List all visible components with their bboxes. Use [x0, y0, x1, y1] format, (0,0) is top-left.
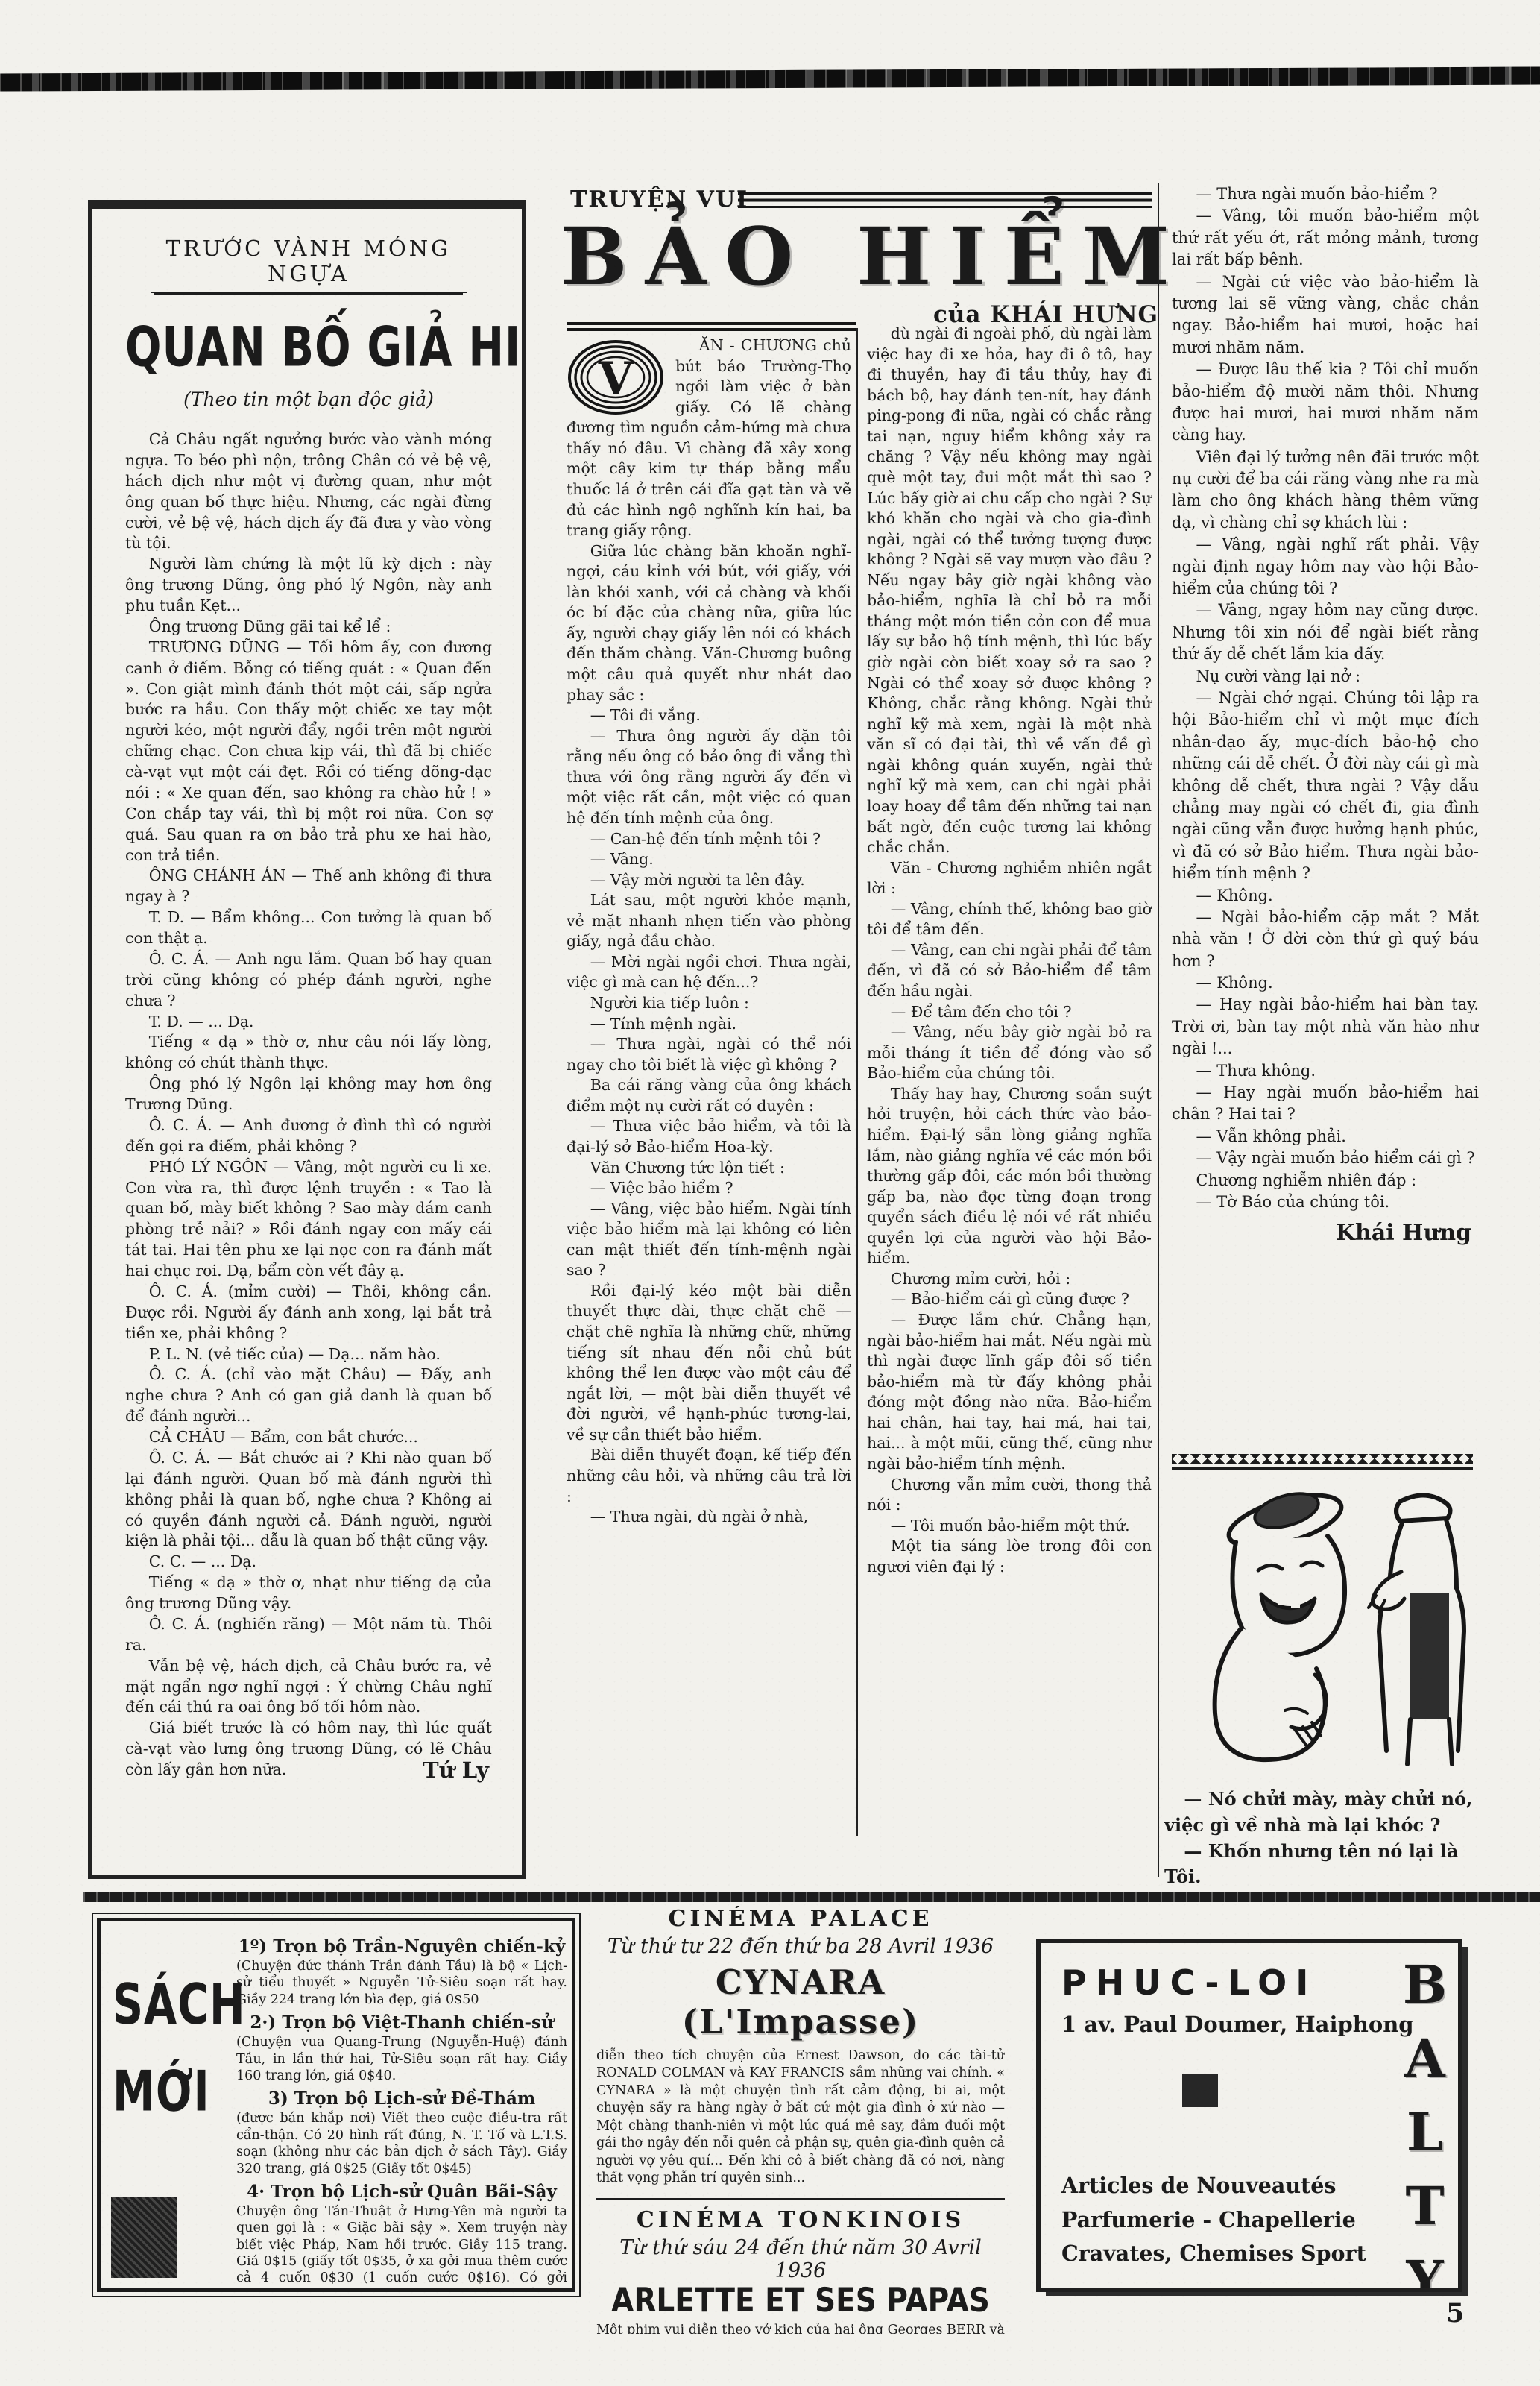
paragraph: — Thưa ông người ấy dặn tôi rằng nếu ông… [567, 726, 851, 829]
paragraph: Ông trương Dũng gãi tai kể lể : [125, 617, 492, 638]
cinema-tonkinois-name: CINÉMA TONKINOIS [596, 2207, 1005, 2233]
paragraph: Chương vẫn mỉm cười, thong thả nói : [867, 1475, 1152, 1516]
column-divider-1 [856, 328, 858, 1836]
cinema-palace-name: CINÉMA PALACE [596, 1906, 1005, 1932]
paragraph: Ô. C. Á. — Bắt chước ai ? Khi nào quan b… [125, 1448, 492, 1552]
paragraph: — Vâng, tôi muốn bảo-hiểm một thứ rất yế… [1172, 205, 1479, 271]
paragraph: TRƯƠNG DŨNG — Tối hôm ấy, con đương canh… [125, 638, 492, 866]
paragraph: Thấy hay hay, Chương soắn suýt hỏi truyệ… [867, 1084, 1152, 1269]
paragraph: Tiếng « dạ » thờ ơ, nhạt như tiếng dạ củ… [125, 1573, 492, 1614]
paragraph: — Vâng, chính thế, không bao giờ tôi để … [867, 899, 1152, 940]
paragraph: Giữa lúc chàng băn khoăn nghĩ-ngợi, cáu … [567, 541, 851, 706]
cinema-tonkinois-film-title: ARLETTE ET SES PAPAS [596, 2281, 1005, 2320]
books-ad-label-line2: MỚI [113, 2049, 229, 2136]
top-ink-band [0, 66, 1540, 91]
paragraph: — Ngài chớ ngại. Chúng tôi lập ra hội Bả… [1172, 687, 1479, 885]
paragraph: — Vâng, ngay hôm nay cũng được. Nhưng tô… [1172, 599, 1479, 665]
phuc-loi-name: PHUC-LOI [1061, 1962, 1440, 2003]
paragraph: C. C. — ... Dạ. [125, 1552, 492, 1573]
paragraph: Ba cái răng vàng của ông khách điểm một … [567, 1075, 851, 1116]
paragraph: — Thưa ngài, dù ngài ở nhà, [567, 1507, 851, 1528]
paragraph: — Thưa việc bảo hiểm, và tôi là đại-lý s… [567, 1116, 851, 1157]
paragraph: — Thưa ngài, ngài có thể nói ngay cho tô… [567, 1034, 851, 1075]
paragraph: — Can-hệ đến tính mệnh tôi ? [567, 829, 851, 850]
phuc-loi-line: Cravates, Chemises Sport [1061, 2237, 1345, 2271]
paragraph: P. L. N. (vẻ tiếc của) — Dạ... năm hào. [125, 1344, 492, 1365]
paragraph: — Bảo-hiểm cái gì cũng được ? [867, 1289, 1152, 1310]
paragraph: — Hay ngài muốn bảo-hiểm hai chân ? Hai … [1172, 1082, 1479, 1126]
paragraph: Người làm chứng là một lũ kỳ dịch : này … [125, 554, 492, 617]
book-item-title: 3) Trọn bộ Lịch-sử Đề-Thám [236, 2088, 567, 2109]
paragraph: PHÓ LÝ NGÔN — Vâng, một người cu li xe. … [125, 1157, 492, 1282]
paragraph: — Tờ Báo của chúng tôi. [1172, 1192, 1479, 1213]
paragraph: — Tính mệnh ngài. [567, 1014, 851, 1035]
zigzag-divider-rule [1172, 1467, 1473, 1470]
paragraph: — Vậy mời người ta lên đây. [567, 870, 851, 891]
phuc-loi-product-lines: Articles de NouveautésParfumerie - Chape… [1061, 2169, 1345, 2271]
book-item-title: 2·) Trọn bộ Việt-Thanh chiến-sử [236, 2012, 567, 2033]
books-ad-label-line1: SÁCH [113, 1962, 229, 2049]
paragraph: Vẫn bệ vệ, hách dịch, cả Châu bước ra, v… [125, 1656, 492, 1719]
paragraph: Ô. C. Á. (chỉ vào mặt Châu) — Đấy, anh n… [125, 1364, 492, 1427]
left-article-panel: TRƯỚC VÀNH MÓNG NGỰA QUAN BỐ GIẢ HIỆU (T… [88, 200, 526, 1879]
paragraph: — Hay ngài bảo-hiểm hai bàn tay. Trời ơi… [1172, 994, 1479, 1060]
paragraph: — Vâng, việc bảo hiểm. Ngài tính việc bả… [567, 1199, 851, 1281]
book-item-title: 4· Trọn bộ Lịch-sử Quân Bãi-Sậy [236, 2182, 567, 2202]
paragraph: Rồi đại-lý kéo một bài diễn thuyết thực … [567, 1281, 851, 1446]
paragraph: Văn - Chương nghiễm nhiên ngắt lời : [867, 858, 1152, 899]
zigzag-divider [1172, 1454, 1473, 1464]
paragraph: — Vâng, can chi ngài phải để tâm đến, vì… [867, 940, 1152, 1002]
feature-column-1: V ĂN - CHƯƠNG chủ bút báo Trường-Thọ ngồ… [567, 336, 851, 1838]
cinema-tonkinois-dates: Từ thứ sáu 24 đến thứ năm 30 Avril 1936 [596, 2236, 1005, 2282]
paragraph: — Thưa không. [1172, 1060, 1479, 1082]
books-ad-items: 1º) Trọn bộ Trần-Nguyên chiến-kỷ (Chuyện… [236, 1936, 567, 2292]
cinema-ads-divider [596, 2198, 1005, 2200]
paragraph: — Vẫn không phải. [1172, 1126, 1479, 1148]
paragraph: Một tia sáng lòe trong đôi con ngươi viê… [867, 1536, 1152, 1577]
phuc-loi-ink-square [1182, 2074, 1218, 2107]
paragraph: T. D. — ... Dạ. [125, 1012, 492, 1033]
phuc-loi-address: 1 av. Paul Doumer, Haiphong [1061, 2012, 1440, 2037]
paragraph: Văn Chương tức lộn tiết : [567, 1158, 851, 1179]
paragraph: — Mời ngài ngồi chơi. Thưa ngài, việc gì… [567, 952, 851, 993]
cinema-palace-film-title: CYNARA (L'Impasse) [596, 1962, 1005, 2042]
column-divider-2 [1158, 183, 1159, 1877]
left-article-subtitle: (Theo tin một bạn độc giả) [125, 388, 492, 410]
paragraph: Chương nghiễm nhiên đáp : [1172, 1170, 1479, 1192]
balty-vertical-brand: BALTY [1398, 1954, 1451, 2249]
paragraph: — Được lâu thế kia ? Tôi chỉ muốn bảo-hi… [1172, 359, 1479, 447]
cinema-ads-column: CINÉMA PALACE Từ thứ tư 22 đến thứ ba 28… [596, 1906, 1005, 2334]
cartoon-caption-line: — Nó chửi mày, mày chửi nó, việc gì về n… [1164, 1787, 1480, 1839]
left-article-body: Cả Châu ngất ngưởng bước vào vành móng n… [125, 429, 492, 1781]
book-item-title: 1º) Trọn bộ Trần-Nguyên chiến-kỷ [236, 1936, 567, 1957]
feature-title-underline [567, 322, 856, 331]
paragraph: Ô. C. Á. — Anh ngu lắm. Quan bố hay quan… [125, 949, 492, 1012]
paragraph: — Ngài bảo-hiểm cặp mắt ? Mắt nhà văn ! … [1172, 907, 1479, 972]
paragraph: — Việc bảo hiểm ? [567, 1178, 851, 1199]
paragraph: — Thưa ngài muốn bảo-hiểm ? [1172, 183, 1479, 205]
left-article-title: QUAN BỐ GIẢ HIỆU [125, 316, 492, 379]
book-item-desc: (Chuyện vua Quang-Trung (Nguyễn-Huệ) đán… [236, 2034, 567, 2084]
paragraph: Ô. C. Á. — Anh đương ở đình thì có người… [125, 1115, 492, 1157]
feature-kicker-rules [738, 192, 1152, 208]
books-ad-label: SÁCH MỚI [113, 1962, 229, 2135]
paragraph: Nụ cười vàng lại nở : [1172, 666, 1479, 687]
phuc-loi-ad-panel: PHUC-LOI 1 av. Paul Doumer, Haiphong Art… [1036, 1939, 1462, 2292]
paragraph: Người kia tiếp luôn : [567, 993, 851, 1014]
dropcap-letter: V [598, 353, 634, 405]
bottom-ink-band [83, 1892, 1540, 1902]
paragraph: — Ngài cứ việc vào bảo-hiểm là tương lai… [1172, 271, 1479, 359]
feature-title: BẢO HIỂM [561, 215, 1157, 298]
book-item-desc: (được bán khắp nơi) Viết theo cuộc điều-… [236, 2110, 567, 2177]
cinema-palace-dates: Từ thứ tư 22 đến thứ ba 28 Avril 1936 [596, 1935, 1005, 1958]
books-ad-ink-square [111, 2197, 177, 2278]
paragraph: Bài diễn thuyết đoạn, kế tiếp đến những … [567, 1445, 851, 1507]
paragraph: Ô. C. Á. (mỉm cười) — Thôi, không cần. Đ… [125, 1282, 492, 1344]
paragraph: Viên đại lý tưởng nên đãi trước một nụ c… [1172, 447, 1479, 535]
paragraph: Ông phó lý Ngôn lại không may hơn ông Tr… [125, 1074, 492, 1115]
paragraph: — Vâng. [567, 849, 851, 870]
paragraph: — Vâng, nếu bây giờ ngài bỏ ra mỗi tháng… [867, 1022, 1152, 1084]
feature-column-3-body: — Thưa ngài muốn bảo-hiểm ?— Vâng, tôi m… [1172, 183, 1479, 1213]
paragraph: — Được lắm chứ. Chẳng hạn, ngài bảo-hiểm… [867, 1310, 1152, 1475]
paragraph: Lát sau, một người khỏe mạnh, vẻ mặt nha… [567, 890, 851, 952]
paragraph: — Tôi muốn bảo-hiểm một thứ. [867, 1516, 1152, 1537]
paragraph: dù ngài đi ngoài phố, dù ngài làm việc h… [867, 324, 1152, 858]
feature-column-2: dù ngài đi ngoài phố, dù ngài làm việc h… [867, 324, 1152, 1839]
books-ad-panel: SÁCH MỚI 1º) Trọn bộ Trần-Nguyên chiến-k… [97, 1918, 575, 2292]
paragraph: T. D. — Bẩm không... Con tưởng là quan b… [125, 907, 492, 949]
feature-kicker: TRUYỆN VUI [570, 186, 748, 213]
paragraph: — Để tâm đến cho tôi ? [867, 1002, 1152, 1023]
paragraph: — Vâng, ngài nghĩ rất phải. Vậy ngài địn… [1172, 534, 1479, 599]
left-article-kicker: TRƯỚC VÀNH MÓNG NGỰA [151, 236, 466, 293]
cartoon-illustration [1190, 1482, 1482, 1781]
paragraph: Chương mỉm cười, hỏi : [867, 1269, 1152, 1290]
cinema-palace-description: diễn theo tích chuyện của Ernest Dawson,… [596, 2047, 1005, 2188]
cartoon-caption-line: — Khốn nhưng tên nó lại là Tôi. [1164, 1839, 1480, 1891]
dropcap-ornament: V [567, 339, 665, 416]
book-item-desc: (Chuyện đức thánh Trần đánh Tầu) là bộ «… [236, 1958, 567, 2008]
paragraph: — Vậy ngài muốn bảo hiểm cái gì ? [1172, 1148, 1479, 1169]
phuc-loi-line: Parfumerie - Chapellerie [1061, 2203, 1345, 2238]
paragraph: — Không. [1172, 972, 1479, 994]
feature-signature: Khái Hưng [1172, 1218, 1479, 1249]
paragraph: — Tôi đi vắng. [567, 705, 851, 726]
paragraph: ÔNG CHÁNH ÁN — Thế anh không đi thưa nga… [125, 866, 492, 907]
paragraph: — Không. [1172, 885, 1479, 907]
phuc-loi-line: Articles de Nouveautés [1061, 2169, 1345, 2203]
cartoon-caption: — Nó chửi mày, mày chửi nó, việc gì về n… [1164, 1787, 1480, 1890]
page-number: 5 [1446, 2298, 1464, 2329]
paragraph: Tiếng « dạ » thờ ơ, như câu nói lấy lòng… [125, 1032, 492, 1074]
cinema-tonkinois-description: Một phim vui diễn theo vở kịch của hai ô… [596, 2322, 1005, 2335]
book-item-desc: Chuyện ông Tán-Thuật ở Hưng-Yên mà người… [236, 2203, 567, 2292]
paragraph: CẢ CHÂU — Bẩm, con bắt chước... [125, 1427, 492, 1448]
paragraph: Cả Châu ngất ngưởng bước vào vành móng n… [125, 429, 492, 554]
paragraph: Ô. C. Á. (nghiến răng) — Một năm tù. Thô… [125, 1614, 492, 1656]
feature-column-3: — Thưa ngài muốn bảo-hiểm ?— Vâng, tôi m… [1172, 183, 1479, 1423]
